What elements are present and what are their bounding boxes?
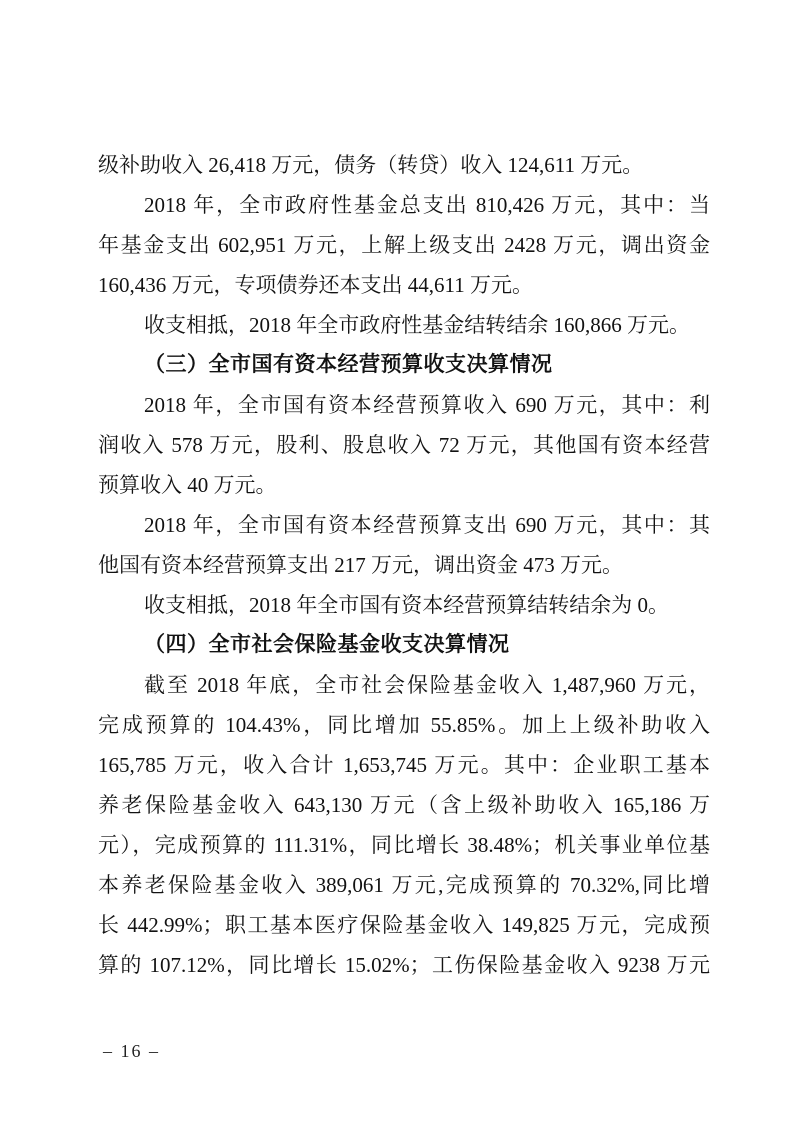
text-line: 级补助收入 26,418 万元，债务（转贷）收入 124,611 万元。: [98, 145, 710, 185]
text-line: 润收入 578 万元，股利、股息收入 72 万元，其他国有资本经营: [98, 425, 710, 465]
text-line: 本养老保险基金收入 389,061 万元,完成预算的 70.32%,同比增: [98, 865, 710, 905]
text-line: 年基金支出 602,951 万元，上解上级支出 2428 万元，调出资金: [98, 225, 710, 265]
text-line: 截至 2018 年底，全市社会保险基金收入 1,487,960 万元，: [98, 665, 710, 705]
document-page: 级补助收入 26,418 万元，债务（转贷）收入 124,611 万元。2018…: [0, 0, 793, 1122]
text-line: 长 442.99%；职工基本医疗保险基金收入 149,825 万元，完成预: [98, 905, 710, 945]
text-line: 2018 年，全市国有资本经营预算支出 690 万元，其中：其: [98, 505, 710, 545]
text-line: 完成预算的 104.43%，同比增加 55.85%。加上上级补助收入: [98, 705, 710, 745]
text-line: 养老保险基金收入 643,130 万元（含上级补助收入 165,186 万: [98, 785, 710, 825]
section-heading: （三）全市国有资本经营预算收支决算情况: [98, 345, 710, 385]
text-line: 收支相抵，2018 年全市政府性基金结转结余 160,866 万元。: [98, 305, 710, 345]
text-line: 元），完成预算的 111.31%，同比增长 38.48%；机关事业单位基: [98, 825, 710, 865]
document-body: 级补助收入 26,418 万元，债务（转贷）收入 124,611 万元。2018…: [98, 145, 710, 985]
text-line: 160,436 万元，专项债券还本支出 44,611 万元。: [98, 265, 710, 305]
text-line: 165,785 万元，收入合计 1,653,745 万元。其中：企业职工基本: [98, 745, 710, 785]
text-line: 算的 107.12%，同比增长 15.02%；工伤保险基金收入 9238 万元: [98, 945, 710, 985]
page-number: – 16 –: [103, 1038, 160, 1064]
text-line: 收支相抵，2018 年全市国有资本经营预算结转结余为 0。: [98, 585, 710, 625]
text-line: 他国有资本经营预算支出 217 万元，调出资金 473 万元。: [98, 545, 710, 585]
section-heading: （四）全市社会保险基金收支决算情况: [98, 625, 710, 665]
text-line: 预算收入 40 万元。: [98, 465, 710, 505]
text-line: 2018 年，全市政府性基金总支出 810,426 万元，其中：当: [98, 185, 710, 225]
text-line: 2018 年，全市国有资本经营预算收入 690 万元，其中：利: [98, 385, 710, 425]
